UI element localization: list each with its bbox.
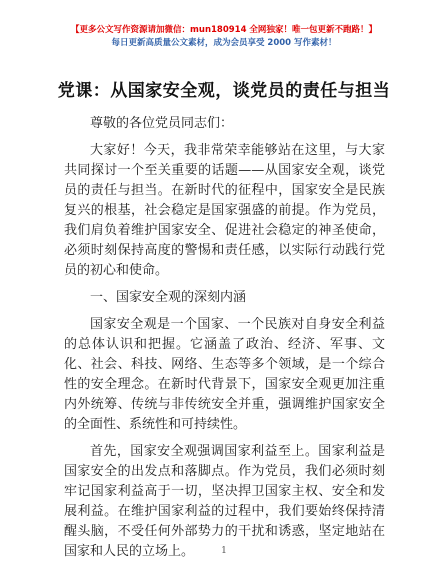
paragraph-intro: 大家好！今天，我非常荣幸能够站在这里，与大家共同探讨一个至关重要的话题——从国家… [64,141,385,281]
paragraph-security-concept: 国家安全观是一个国家、一个民族对自身安全利益的总体认识和把握。它涵盖了政治、经济… [64,315,385,435]
document-body: 尊敬的各位党员同志们： 大家好！今天，我非常荣幸能够站在这里，与大家共同探讨一个… [64,114,385,562]
salutation: 尊敬的各位党员同志们： [64,114,385,134]
section-heading-1: 一、国家安全观的深刻内涵 [64,288,385,308]
ad-banner-line-red: 【更多公文写作资源请加微信：mun180914 全网独家！唯一包更新不跑路！】 [0,24,448,37]
ad-banner: 【更多公文写作资源请加微信：mun180914 全网独家！唯一包更新不跑路！】 … [0,0,448,50]
ad-banner-line-blue: 每日更新高质量公文素材，成为会员享受 2000 写作素材！ [0,37,448,50]
document-page: 【更多公文写作资源请加微信：mun180914 全网独家！唯一包更新不跑路！】 … [0,0,448,580]
paragraph-national-interest: 首先，国家安全观强调国家利益至上。国家利益是国家安全的出发点和落脚点。作为党员，… [64,442,385,562]
document-title: 党课：从国家安全观，谈党员的责任与担当 [30,80,418,102]
page-number: 1 [0,546,448,556]
